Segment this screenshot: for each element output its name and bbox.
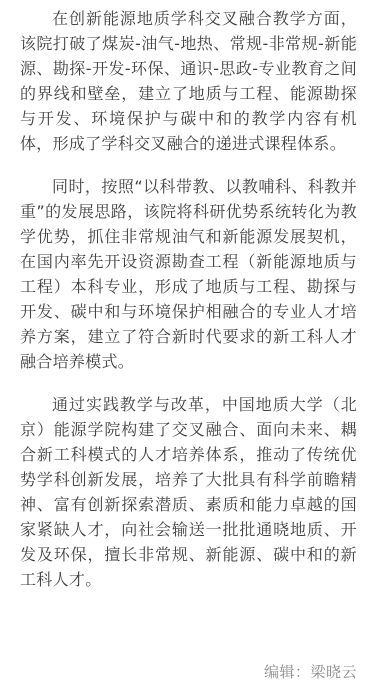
article-page: 在创新能源地质学科交叉融合教学方面，该院打破了煤炭-油气-地热、常规-非常规-新… [0, 0, 377, 700]
article-paragraph-2: 同时，按照“以科带教、以教哺科、科教并重”的发展思路，该院将科研优势系统转化为教… [20, 174, 357, 374]
editor-credit: 编辑：梁晓云 [20, 662, 357, 682]
article-body: 在创新能源地质学科交叉融合教学方面，该院打破了煤炭-油气-地热、常规-非常规-新… [20, 6, 357, 592]
article-paragraph-3: 通过实践教学与改革，中国地质大学（北京）能源学院构建了交叉融合、面向未来、耦合新… [20, 392, 357, 592]
article-paragraph-1: 在创新能源地质学科交叉融合教学方面，该院打破了煤炭-油气-地热、常规-非常规-新… [20, 6, 357, 156]
